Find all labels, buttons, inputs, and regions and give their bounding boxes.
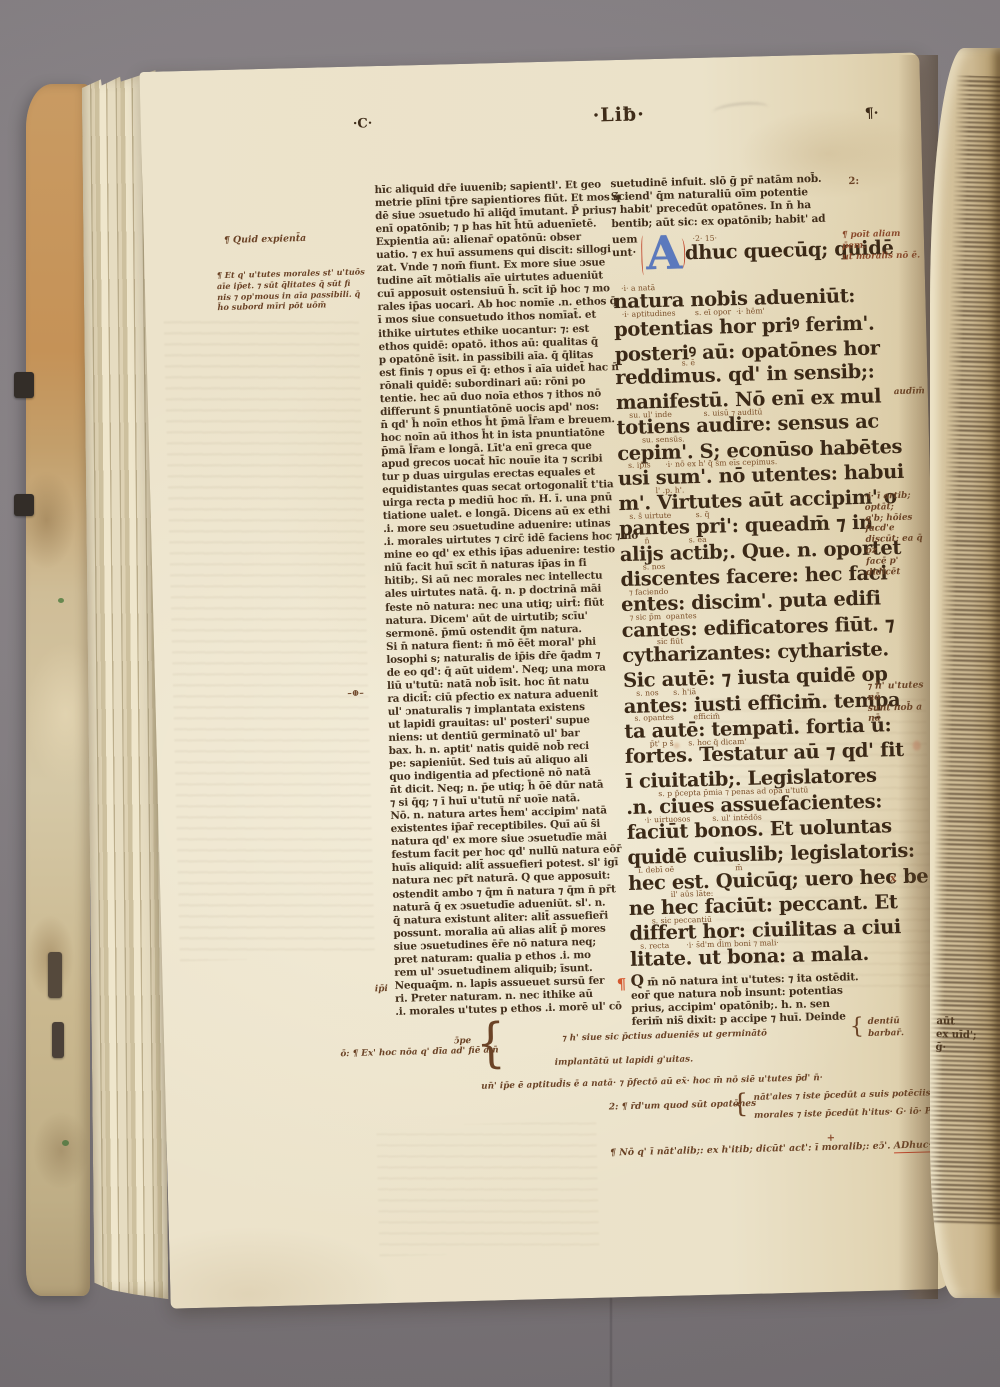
x-mark: x bbox=[890, 873, 896, 884]
interlinear-gloss: ⁊ sic p̄m opantes bbox=[629, 611, 696, 622]
curly-brace-small: { bbox=[850, 1014, 865, 1039]
running-header-title: ·Liƀ· bbox=[592, 103, 645, 126]
facing-page-snippet: aūt ex uīd'; ḡ· bbox=[935, 1015, 996, 1056]
running-header-left: ·C· bbox=[353, 116, 373, 131]
curly-brace: { bbox=[731, 1089, 748, 1119]
interlinear-gloss: ⁊ faciendo bbox=[629, 587, 669, 597]
interlinear-gloss: su. sensūs. bbox=[625, 434, 685, 445]
book-spine-leather bbox=[26, 84, 90, 1296]
interlinear-gloss: l' .p. h'. bbox=[626, 485, 684, 495]
backdrop-fold-line bbox=[610, 1296, 612, 1387]
nota-mark: –⊕– bbox=[347, 689, 364, 699]
interlinear-gloss: s. nos s. h'iā bbox=[631, 687, 696, 698]
main-text-lines: ·i· a natā natura nobis adueniūt: ·i· ap… bbox=[613, 282, 930, 972]
ink-show-through bbox=[164, 317, 375, 962]
bottom-final-note: ¶ Nō q' ī nāt'alib;: ex h'itib; dicūt' a… bbox=[610, 1140, 932, 1159]
bottom-note-branch-a: ⁊ h' siue sic p̄ctius adueniēs ut germin… bbox=[562, 1028, 767, 1044]
margin-note-quid-experientia: ¶ Quid expient̄a bbox=[224, 234, 307, 247]
interlinear-gloss: s. nos bbox=[628, 562, 665, 572]
ghost-writing-mark bbox=[712, 100, 769, 119]
interlinear-gloss: s. ē bbox=[623, 358, 695, 369]
illuminated-initial-A: A bbox=[646, 230, 683, 275]
interlinear-gloss: ·i· a natā bbox=[621, 283, 655, 293]
bottom-note-connector: ɔ̄pe bbox=[454, 1036, 471, 1047]
interlinear-gloss: ·2· 15· bbox=[692, 233, 717, 243]
bottom-note-branch-b: implantātū ut lapidi g'uitas. bbox=[555, 1054, 694, 1068]
margin-note-virtutes-morales: ¶ Et q' u'tutes morales st' u'tuōs aīe i… bbox=[217, 266, 368, 313]
margin-word-ipsi: ip̄i bbox=[375, 984, 388, 994]
interlinear-gloss: s. sic peccantiū bbox=[637, 915, 712, 926]
interlinear-gloss: sic fiūt bbox=[630, 637, 683, 647]
bottom-note-label: ō: ¶ Ex' hoc nōa q' dīa ad' fiē a n̄ bbox=[340, 1045, 498, 1060]
ink-show-through bbox=[376, 1121, 599, 1257]
binding-clasp bbox=[14, 372, 34, 398]
facing-page-edge: aūt ex uīd'; ḡ· bbox=[930, 48, 1000, 1298]
binding-clasp bbox=[14, 494, 34, 516]
final-note-text: ¶ Nō q' ī nāt'alib;: ex h'itib; dicūt' a… bbox=[610, 1140, 894, 1158]
green-speck bbox=[62, 1140, 69, 1146]
binding-clasp bbox=[52, 1022, 64, 1058]
commentary-column: hīc aliquid dr̄e iuuenib; sapientl'. Et … bbox=[374, 178, 635, 1019]
commentary-top-lines: suetudinē infuit. slō ḡ pr̄ natām nob̄.S… bbox=[610, 171, 911, 231]
manuscript-page: ·C· ·Liƀ· ¶· ¶ Quid expient̄a ¶ Et q' u'… bbox=[139, 52, 950, 1308]
running-header-quire-mark: ¶· bbox=[865, 105, 879, 121]
binding-clasp bbox=[48, 952, 62, 998]
green-speck bbox=[58, 598, 64, 603]
margin-number-mark: 2: bbox=[848, 176, 859, 187]
main-text-column: suetudinē infuit. slō ḡ pr̄ natām nob̄.S… bbox=[610, 171, 931, 1030]
curly-brace: { bbox=[475, 1011, 506, 1074]
red-paraph-mark: ¶ bbox=[616, 975, 626, 993]
